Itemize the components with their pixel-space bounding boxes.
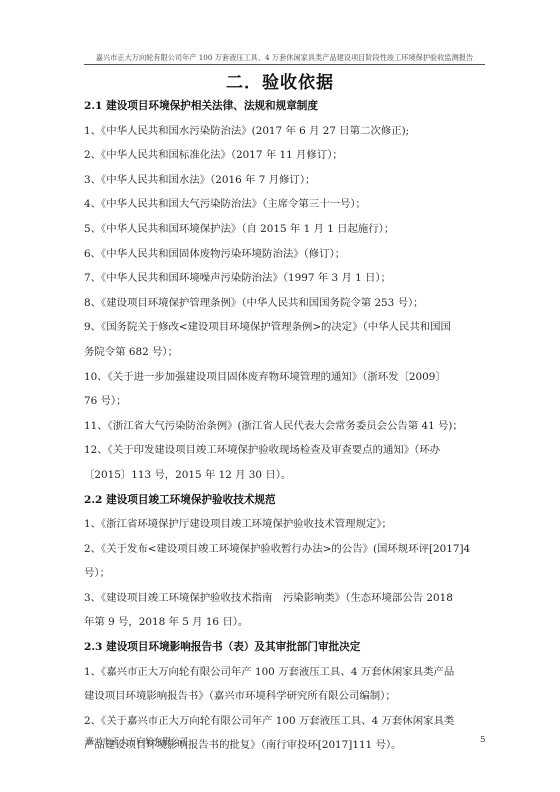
list-item: 12、《关于印发建设项目竣工环境保护验收现场检查及审查要点的通知》（环办 (84, 438, 486, 463)
header-rule (84, 64, 485, 65)
list-item: 8、《建设项目环境保护管理条例》（中华人民共和国国务院令第 253 号）； (84, 291, 486, 316)
list-item-continuation: 务院令第 682 号）； (84, 340, 486, 365)
list-item: 1、《嘉兴市正大万向轮有限公司年产 100 万套液压工具、4 万套休闲家具类产品 (84, 660, 486, 685)
list-item: 3、《建设项目竣工环境保护验收技术指南 污染影响类》（生态环境部公告 2018 (84, 586, 486, 611)
list-item: 3、《中华人民共和国水法》（2016 年 7 月修订）； (84, 168, 486, 193)
page-number: 5 (480, 735, 485, 745)
list-item: 2、《关于发布<建设项目竣工环境保护验收暂行办法>的公告》(国环规环评[2017… (84, 537, 486, 562)
list-item: 10、《关于进一步加强建设项目固体废弃物环境管理的通知》（浙环发〔2009〕 (84, 365, 486, 390)
footer-company: 嘉兴市正大万向轮有限公司 (85, 735, 188, 747)
list-item: 11、《浙江省大气污染防治条例》(浙江省人民代表大会常务委员会公告第 41 号)… (84, 414, 486, 439)
list-item: 2、《中华人民共和国标准化法》（2017 年 11 月修订）； (84, 143, 486, 168)
chapter-title: 二．验收依据 (0, 68, 560, 93)
list-item-continuation: 号）； (84, 561, 486, 586)
list-item: 2、《关于嘉兴市正大万向轮有限公司年产 100 万套液压工具、4 万套休闲家具类 (84, 709, 486, 734)
document-body: 2.1 建设项目环境保护相关法律、法规和规章制度 1、《中华人民共和国水污染防治… (84, 94, 486, 758)
list-item: 1、《中华人民共和国水污染防治法》(2017 年 6 月 27 日第二次修正); (84, 119, 486, 144)
document-page: 嘉兴市正大万向轮有限公司年产 100 万套液压工具、4 万套休闲家具类产品建设项… (0, 0, 560, 792)
list-item-continuation: 〔2015〕113 号，2015 年 12 月 30 日）。 (84, 463, 486, 488)
list-item: 1、《浙江省环境保护厅建设项目竣工环境保护验收技术管理规定》； (84, 512, 486, 537)
list-item: 6、《中华人民共和国固体废物污染环境防治法》（修订）； (84, 242, 486, 267)
list-item-continuation: 建设项目环境影响报告书》（嘉兴市环境科学研究所有限公司编制）； (84, 684, 486, 709)
list-item-continuation: 76 号）； (84, 389, 486, 414)
section-heading-2-3: 2.3 建设项目环境影响报告书（表）及其审批部门审批决定 (84, 635, 486, 660)
section-heading-2-1: 2.1 建设项目环境保护相关法律、法规和规章制度 (84, 94, 486, 119)
running-header: 嘉兴市正大万向轮有限公司年产 100 万套液压工具、4 万套休闲家具类产品建设项… (84, 53, 485, 63)
list-item: 7、《中华人民共和国环境噪声污染防治法》（1997 年 3 月 1 日）； (84, 266, 486, 291)
list-item: 4、《中华人民共和国大气污染防治法》（主席令第三十一号）； (84, 192, 486, 217)
list-item: 5、《中华人民共和国环境保护法》（自 2015 年 1 月 1 日起施行）； (84, 217, 486, 242)
section-heading-2-2: 2.2 建设项目竣工环境保护验收技术规范 (84, 488, 486, 513)
list-item: 9、《国务院关于修改<建设项目环境保护管理条例>的决定》（中华人民共和国国 (84, 315, 486, 340)
list-item-continuation: 年第 9 号，2018 年 5 月 16 日）。 (84, 610, 486, 635)
